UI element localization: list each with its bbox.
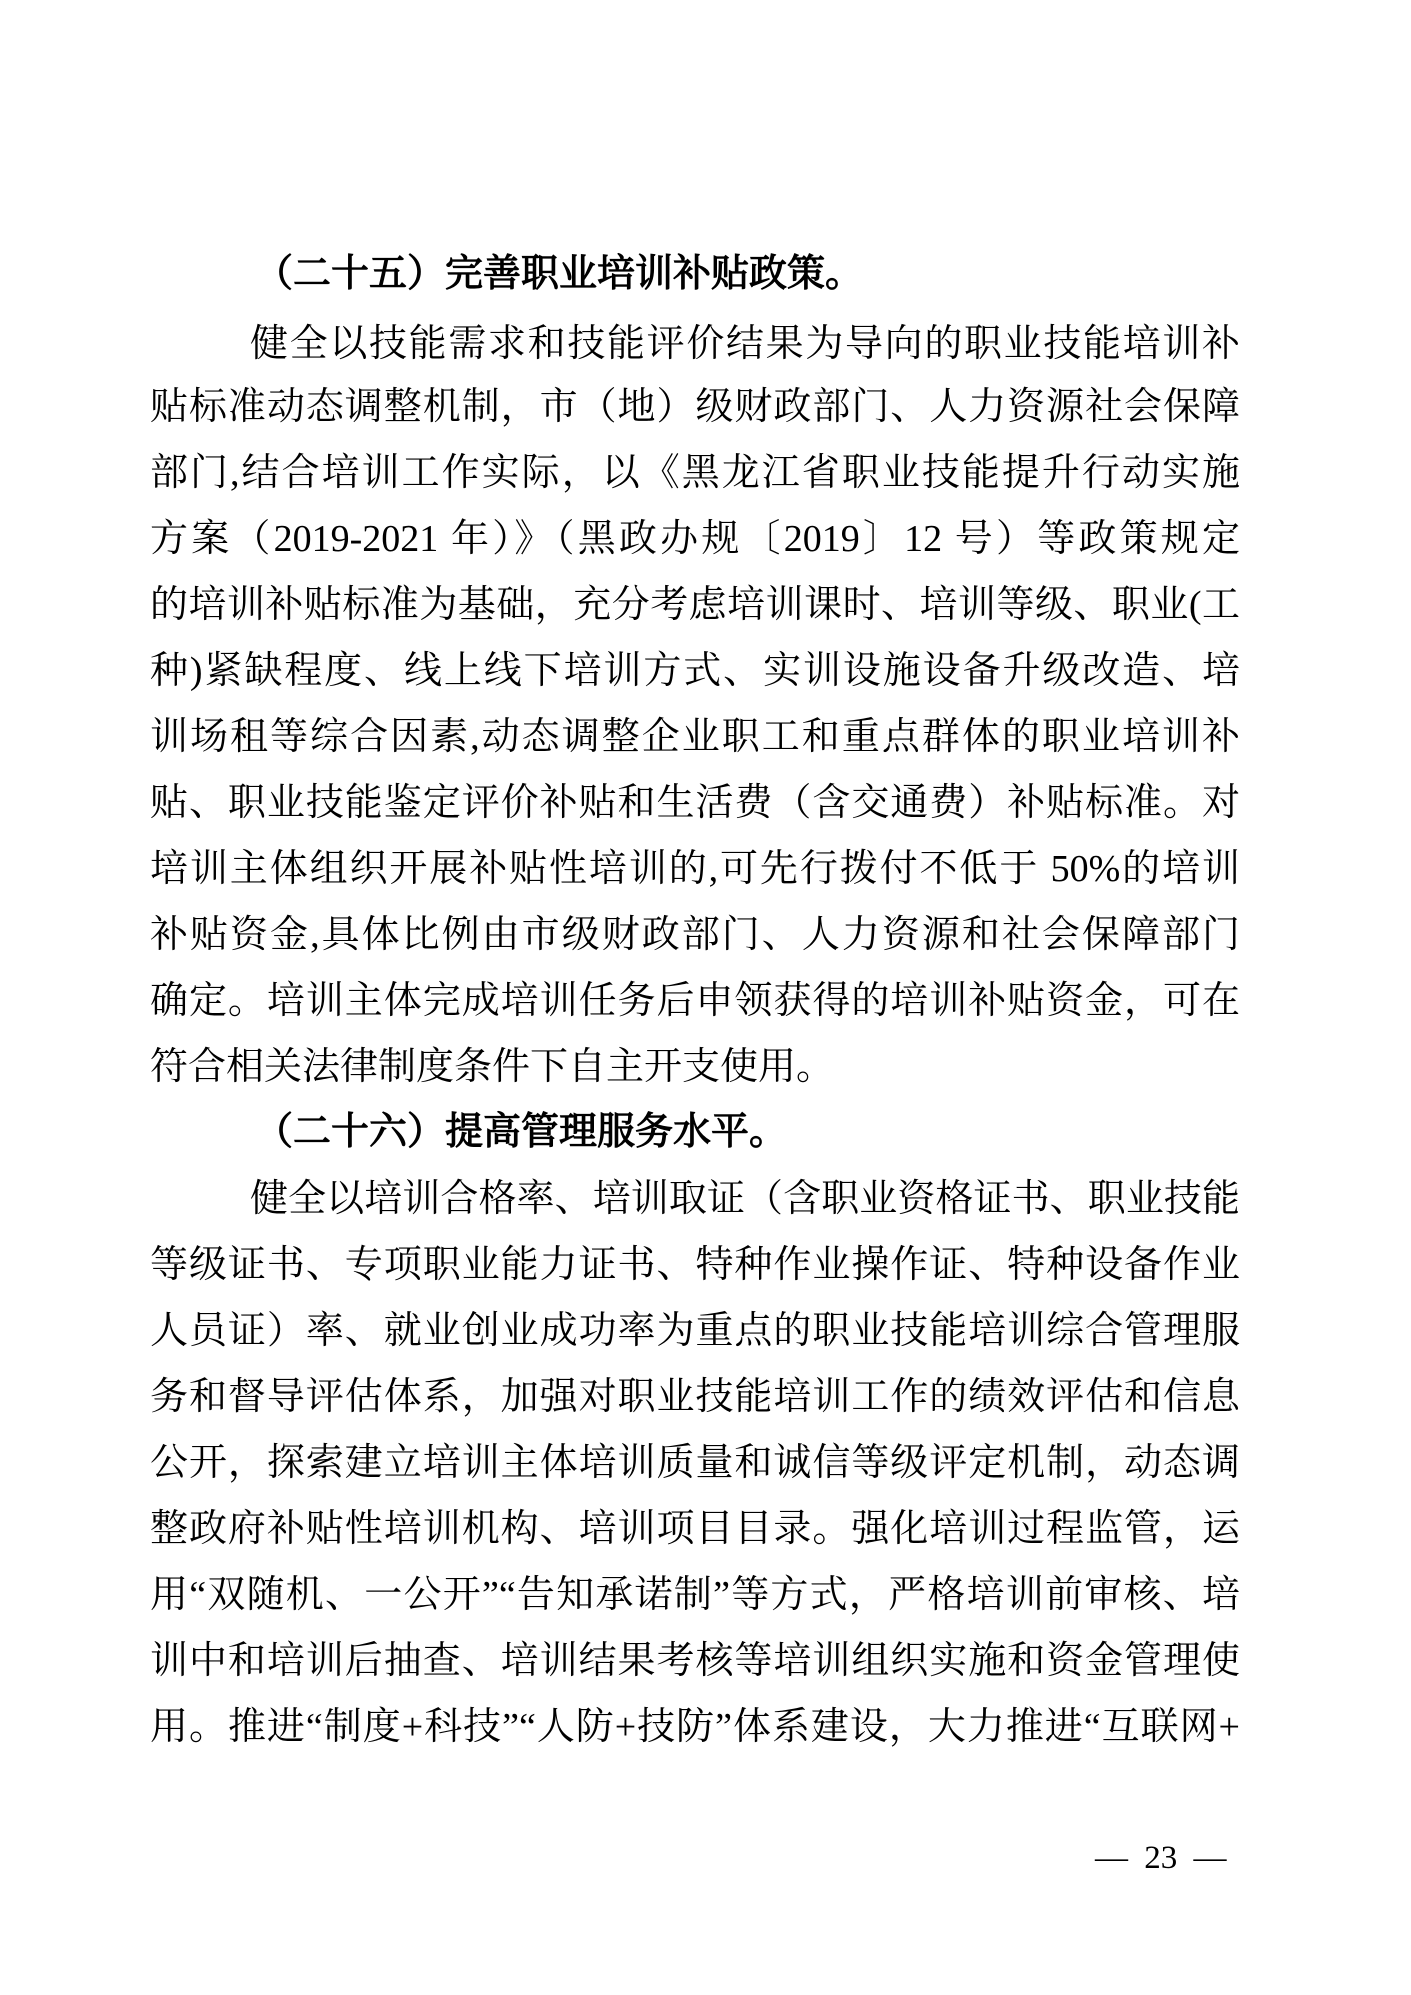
text-line: 种)紧缺程度、线上线下培训方式、实训设施设备升级改造、培 [150,648,1240,694]
section-heading-25: （二十五）完善职业培训补贴政策。 [255,251,863,297]
text-line: 用。推进“制度+科技”“人防+技防”体系建设，大力推进“互联网+ [150,1704,1240,1750]
text-line: 人员证）率、就业创业成功率为重点的职业技能培训综合管理服 [150,1308,1240,1354]
text-line: 部门,结合培训工作实际，以《黑龙江省职业技能提升行动实施 [150,450,1240,496]
text-line: 的培训补贴标准为基础，充分考虑培训课时、培训等级、职业(工 [150,582,1240,628]
section-heading-26: （二十六）提高管理服务水平。 [255,1109,787,1155]
text-line: 培训主体组织开展补贴性培训的,可先行拨付不低于 50%的培训 [150,846,1240,892]
text-line: 贴标准动态调整机制，市（地）级财政部门、人力资源社会保障 [150,384,1240,430]
page-number: — 23 — [1095,1838,1227,1878]
text-line: 健全以技能需求和技能评价结果为导向的职业技能培训补 [250,321,1240,367]
text-line: 健全以培训合格率、培训取证（含职业资格证书、职业技能 [250,1176,1240,1222]
text-line: 用“双随机、一公开”“告知承诺制”等方式，严格培训前审核、培 [150,1572,1240,1618]
text-line: 补贴资金,具体比例由市级财政部门、人力资源和社会保障部门 [150,912,1240,958]
document-page: （二十五）完善职业培训补贴政策。 健全以技能需求和技能评价结果为导向的职业技能培… [0,0,1411,1995]
text-line: 整政府补贴性培训机构、培训项目目录。强化培训过程监管，运 [150,1506,1240,1552]
text-line: 训中和培训后抽查、培训结果考核等培训组织实施和资金管理使 [150,1638,1240,1684]
text-line: 符合相关法律制度条件下自主开支使用。 [150,1044,834,1090]
text-line: 确定。培训主体完成培训任务后申领获得的培训补贴资金，可在 [150,978,1240,1024]
text-line: 训场租等综合因素,动态调整企业职工和重点群体的职业培训补 [150,714,1240,760]
text-line: 公开，探索建立培训主体培训质量和诚信等级评定机制，动态调 [150,1440,1240,1486]
text-line: 等级证书、专项职业能力证书、特种作业操作证、特种设备作业 [150,1242,1240,1288]
text-line: 贴、职业技能鉴定评价补贴和生活费（含交通费）补贴标准。对 [150,780,1240,826]
text-line: 方案（2019-2021 年）》（黑政办规〔2019〕12 号）等政策规定 [150,516,1240,562]
text-line: 务和督导评估体系，加强对职业技能培训工作的绩效评估和信息 [150,1374,1240,1420]
